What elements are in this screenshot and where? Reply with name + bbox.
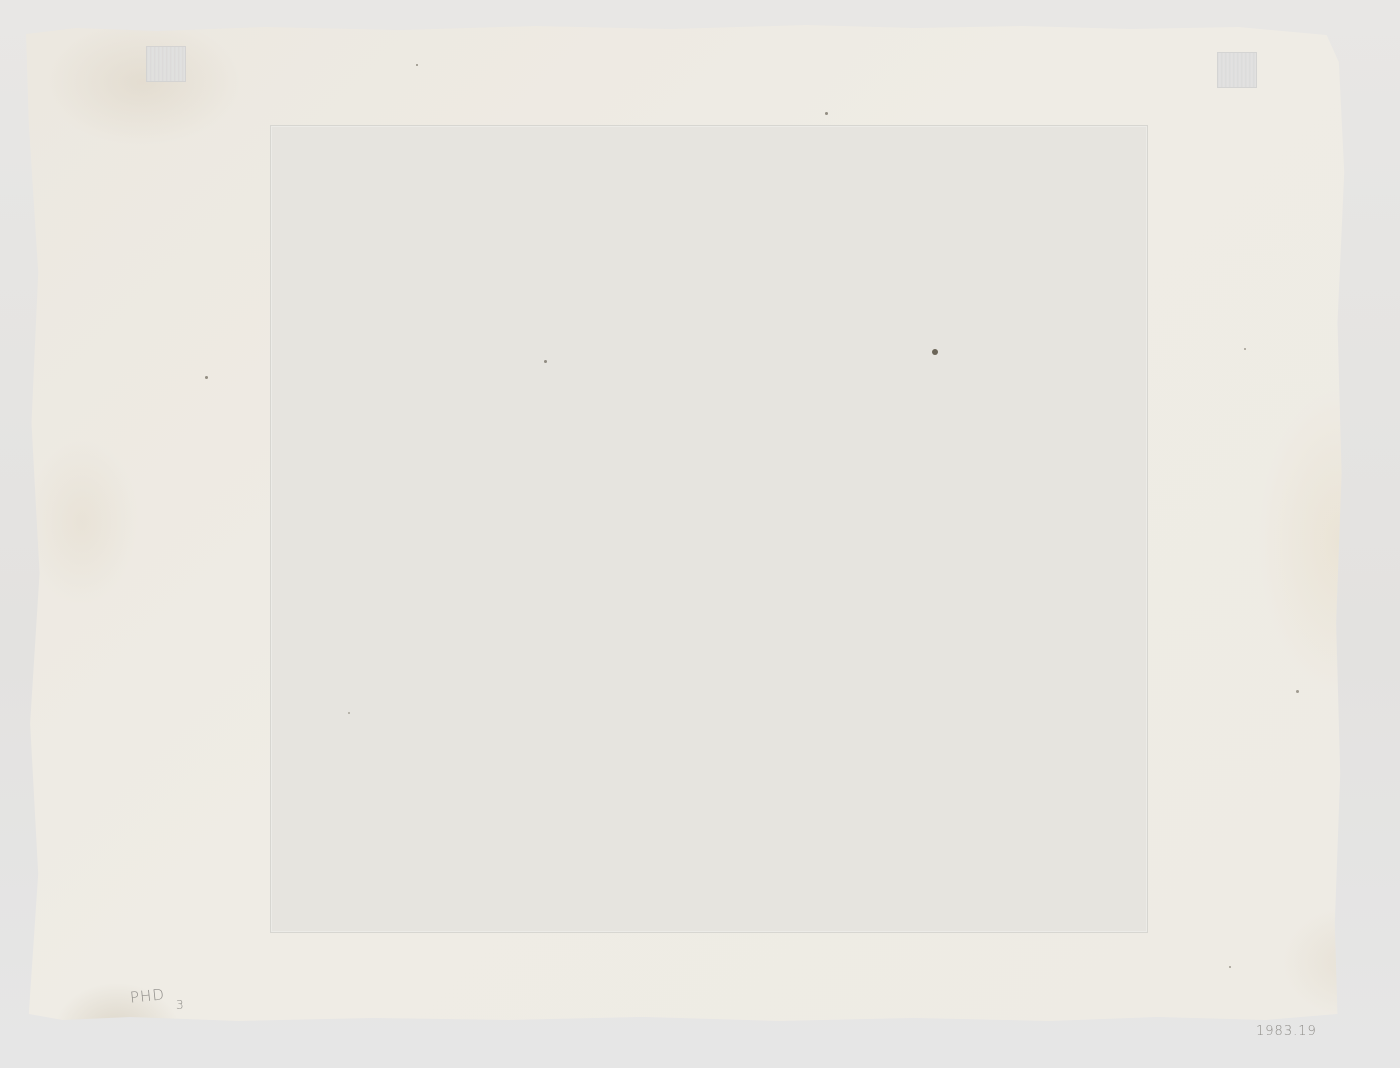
tape-hinge-right <box>1217 52 1257 88</box>
pencil-inscription-accession-number: 1983.19 <box>1256 1024 1317 1039</box>
foxing-spot <box>416 64 418 66</box>
foxing-spot <box>1296 690 1299 693</box>
foxing-spot <box>1244 348 1246 350</box>
foxing-spot <box>348 712 350 714</box>
plate-mark <box>270 125 1148 933</box>
foxing-spot <box>205 376 208 379</box>
pencil-inscription-initials: PHD <box>129 985 166 1007</box>
tape-hinge-left <box>146 46 186 82</box>
foxing-spot <box>932 349 938 355</box>
pencil-inscription-number: 3 <box>176 998 185 1012</box>
foxing-spot <box>825 112 828 115</box>
foxing-spot <box>544 360 547 363</box>
foxing-spot <box>1229 966 1231 968</box>
